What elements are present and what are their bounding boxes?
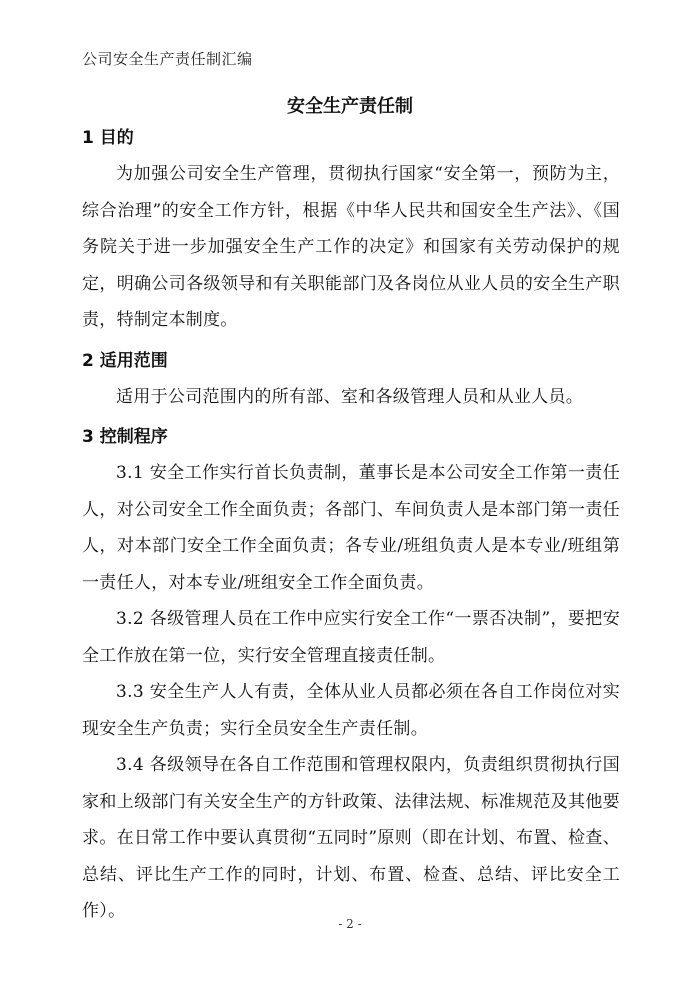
section-scope: 2 适用范围 适用于公司范围内的所有部、室和各级管理人员和从业人员。	[82, 349, 620, 416]
clause-3-3: 3.3 安全生产人人有责，全体从业人员都必须在各自工作岗位对实现安全生产负责；实…	[82, 674, 620, 747]
document-title: 安全生产责任制	[0, 92, 700, 118]
section-control-procedure: 3 控制程序 3.1 安全工作实行首长负责制，董事长是本公司安全工作第一责任人，…	[82, 425, 620, 930]
paragraph: 适用于公司范围内的所有部、室和各级管理人员和从业人员。	[82, 379, 620, 416]
paragraph: 为加强公司安全生产管理，贯彻执行国家“安全第一，预防为主，综合治理”的安全工作方…	[82, 156, 620, 339]
clause-3-2: 3.2 各级管理人员在工作中应实行安全工作“一票否决制”，要把安全工作放在第一位…	[82, 601, 620, 674]
section-heading: 3 控制程序	[82, 425, 620, 449]
clause-3-4: 3.4 各级领导在各自工作范围和管理权限内，负责组织贯彻执行国家和上级部门有关安…	[82, 747, 620, 930]
page-number: - 2 -	[0, 917, 700, 931]
clause-3-1: 3.1 安全工作实行首长负责制，董事长是本公司安全工作第一责任人，对公司安全工作…	[82, 455, 620, 601]
section-heading: 2 适用范围	[82, 349, 620, 373]
section-purpose: 1 目的 为加强公司安全生产管理，贯彻执行国家“安全第一，预防为主，综合治理”的…	[82, 126, 620, 339]
section-heading: 1 目的	[82, 126, 620, 150]
running-header: 公司安全生产责任制汇编	[82, 48, 253, 69]
document-body: 1 目的 为加强公司安全生产管理，贯彻执行国家“安全第一，预防为主，综合治理”的…	[82, 126, 620, 930]
